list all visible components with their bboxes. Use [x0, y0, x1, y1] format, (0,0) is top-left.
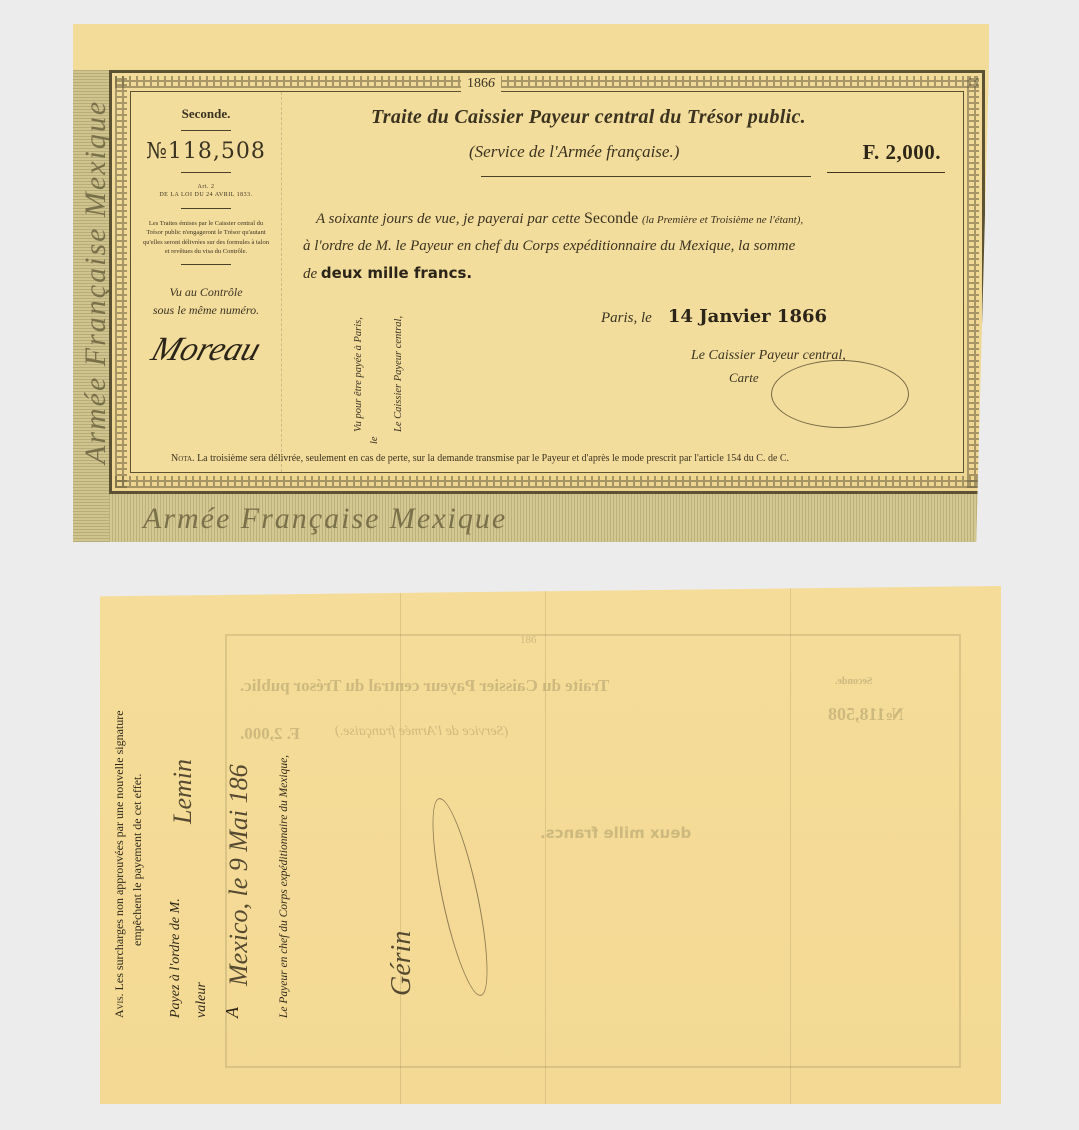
copy-word: Seconde — [584, 210, 638, 227]
show-through-sum: deux mille francs. — [540, 824, 691, 842]
avis-line-1: Les surcharges non approuvées par une no… — [112, 710, 126, 990]
body-prefix: de — [303, 266, 317, 282]
issue-date: 14 Janvier 1866 — [668, 306, 827, 327]
sum-in-words: deux mille francs. — [321, 264, 472, 282]
show-through-number: №118,508 — [828, 704, 904, 725]
signature-flourish — [771, 360, 909, 428]
control-visa-line1: Vu au Contrôle — [131, 283, 281, 301]
body-line-1: A soixante jours de vue, je payerai par … — [316, 210, 803, 228]
place-and-date: Paris, le14 Janvier 1866 — [601, 306, 827, 327]
paid-at-paris-label: Vu pour être payée à Paris, — [353, 317, 364, 432]
body-line-3: de deux mille francs. — [303, 264, 472, 283]
stub-notice: Les Traites émises par le Caissier centr… — [131, 219, 281, 257]
body-parenthetical: (la Première et Troisième ne l'étant), — [642, 214, 803, 226]
show-through-year: 186 — [520, 634, 537, 646]
show-through-amount: F. 2,000. — [240, 724, 300, 744]
cashier-signature: Carte — [729, 370, 759, 386]
guilloche-text-bottom: Armée Française Mexique — [143, 502, 507, 536]
divider — [181, 172, 231, 173]
greek-key-top — [115, 76, 979, 88]
show-through-subtitle: (Service de l'Armée française.) — [335, 724, 508, 740]
draft-back: 186 Traite du Caissier Payeur central du… — [100, 586, 1001, 1104]
place-label: Paris, le — [601, 310, 652, 326]
paid-le-label: le — [369, 436, 380, 444]
payez-label: Payez à l'ordre de M. — [168, 898, 184, 1018]
draft-subtitle: (Service de l'Armée française.) — [469, 142, 679, 162]
greek-key-left — [115, 76, 127, 488]
law-article: Art. 2 — [131, 183, 281, 191]
controller-signature: Moreau — [125, 331, 287, 369]
cashier-vertical-label: Le Caissier Payeur central, — [393, 316, 404, 432]
draft-amount: F. 2,000. — [863, 140, 941, 165]
divider — [181, 208, 231, 209]
endorsement-place-prefix: A — [222, 1007, 243, 1018]
body-line-2: à l'ordre de M. le Payeur en chef du Cor… — [303, 238, 795, 255]
avis-label: Avis. — [112, 993, 126, 1018]
valeur-label: valeur — [194, 982, 210, 1018]
year-printed: 186 — [467, 76, 488, 91]
avis-notice: Avis. Les surcharges non approuvées par … — [112, 710, 127, 1018]
year-field: 1866 — [461, 76, 501, 92]
nota-text: La troisième sera délivrée, seulement en… — [197, 453, 789, 464]
show-through-frame — [225, 634, 961, 1068]
year-handwritten: 6 — [488, 76, 495, 91]
avis-line-2: empêchent le payement de cet effet. — [130, 774, 145, 946]
draft-body: 1866 Seconde. №118,508 Art. 2 DE LA LOI … — [130, 91, 964, 473]
draft-title: Traite du Caissier Payeur central du Tré… — [371, 106, 806, 129]
payee-handwritten: Lemin — [168, 759, 198, 824]
law-reference: Art. 2 DE LA LOI DU 24 AVRIL 1833. — [131, 183, 281, 200]
nota-label: Nota. — [171, 453, 195, 464]
greek-key-bottom — [115, 476, 979, 488]
body-text: A soixante jours de vue, je payerai par … — [316, 211, 580, 227]
law-date: DE LA LOI DU 24 AVRIL 1833. — [131, 191, 281, 199]
divider — [181, 130, 231, 131]
greek-key-frame: 1866 Seconde. №118,508 Art. 2 DE LA LOI … — [109, 70, 985, 494]
payeur-en-chef-label: Le Payeur en chef du Corps expéditionnai… — [278, 755, 290, 1018]
counterfoil-stub: Seconde. №118,508 Art. 2 DE LA LOI DU 24… — [131, 92, 282, 472]
amount-underline — [827, 172, 945, 173]
control-visa: Vu au Contrôle sous le même numéro. — [131, 283, 281, 319]
divider — [181, 264, 231, 265]
endorsement-place-date: Mexico, le 9 Mai 186 — [224, 764, 254, 986]
copy-label: Seconde. — [131, 106, 281, 122]
draft-front: Armée Française Mexique Armée Française … — [73, 24, 989, 542]
show-through-copy: Seconde. — [835, 676, 873, 687]
subtitle-divider — [481, 176, 811, 177]
nota-footer: Nota. La troisième sera délivrée, seulem… — [171, 453, 789, 464]
control-visa-line2: sous le même numéro. — [131, 301, 281, 319]
guilloche-text-left: Armée Française Mexique — [79, 100, 113, 464]
serial-number: №118,508 — [131, 139, 281, 164]
greek-key-right — [967, 76, 979, 488]
show-through-title: Traite du Caissier Payeur central du Tré… — [240, 676, 609, 696]
endorser-signature: Gérin — [386, 931, 418, 996]
